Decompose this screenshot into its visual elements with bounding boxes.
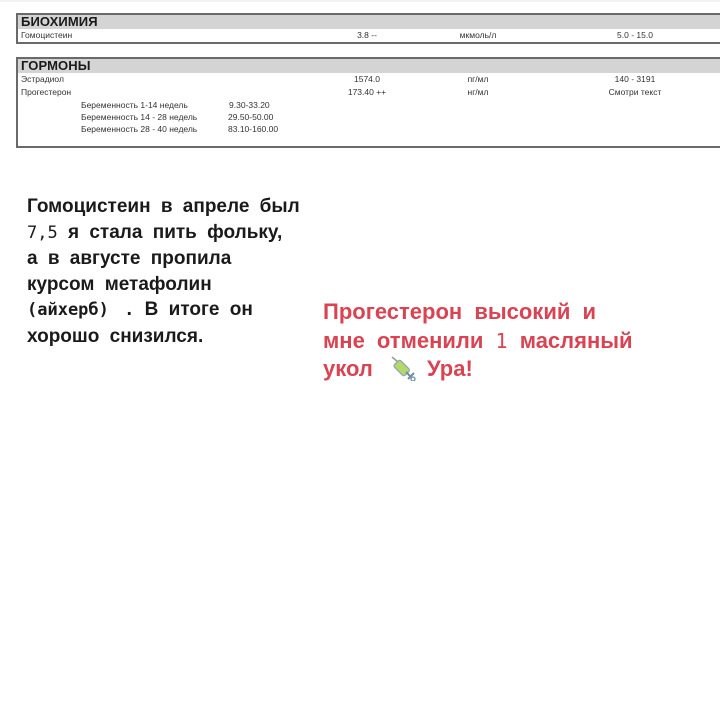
- comment-progesterone: Прогестерон высокий и мне отменили 1 мас…: [323, 298, 713, 384]
- comment-line: 7,5 я стала пить фольку,: [27, 220, 337, 247]
- note-range: 83.10-160.00: [228, 123, 278, 135]
- test-name: Гомоцистеин: [21, 29, 72, 42]
- comment-text: Ура!: [427, 356, 473, 381]
- test-unit: мкмоль/л: [448, 29, 508, 42]
- syringe-icon: [389, 355, 419, 381]
- comment-text: укол: [323, 356, 373, 381]
- section-title: БИОХИМИЯ: [18, 15, 720, 29]
- comment-text: масляный: [520, 328, 633, 353]
- comment-text: я стала пить фольку,: [68, 222, 282, 243]
- note-label: Беременность 28 - 40 недель: [81, 123, 197, 135]
- test-reference: 5.0 - 15.0: [590, 29, 680, 42]
- number-text: 7,5: [27, 223, 58, 243]
- lab-section-hormones: ГОРМОНЫ Эстрадиол 1574.0 пг/мл 140 - 319…: [16, 57, 720, 148]
- comment-line: мне отменили 1 масляный: [323, 327, 713, 356]
- table-row: Эстрадиол 1574.0 пг/мл 140 - 3191: [18, 73, 720, 86]
- test-unit: нг/мл: [448, 86, 508, 99]
- comment-line: укол Ура!: [323, 355, 713, 384]
- test-name: Прогестерон: [21, 86, 71, 99]
- comment-line: а в августе пропила: [27, 246, 337, 272]
- note-label: Беременность 1-14 недель: [81, 99, 188, 111]
- comment-line: хорошо снизился.: [27, 324, 337, 350]
- table-row: Гомоцистеин 3.8 -- мкмоль/л 5.0 - 15.0: [18, 29, 720, 42]
- section-title: ГОРМОНЫ: [18, 59, 720, 73]
- test-name: Эстрадиол: [21, 73, 64, 86]
- paren-text: (айхерб) .: [27, 300, 134, 320]
- note-range: 29.50-50.00: [228, 111, 273, 123]
- note-label: Беременность 14 - 28 недель: [81, 111, 197, 123]
- reference-note: Беременность 1-14 недель 9.30-33.20: [18, 99, 720, 111]
- reference-note: Беременность 28 - 40 недель 83.10-160.00: [18, 123, 720, 135]
- comment-line: Прогестерон высокий и: [323, 298, 713, 327]
- test-unit: пг/мл: [448, 73, 508, 86]
- lab-section-biochemistry: БИОХИМИЯ Гомоцистеин 3.8 -- мкмоль/л 5.0…: [16, 13, 720, 44]
- test-reference: 140 - 3191: [590, 73, 680, 86]
- table-row: Прогестерон 173.40 ++ нг/мл Смотри текст: [18, 86, 720, 99]
- test-value: 1574.0: [342, 73, 392, 86]
- top-divider: [0, 0, 720, 2]
- comment-homocysteine: Гомоцистеин в апреле был 7,5 я стала пит…: [27, 194, 337, 349]
- comment-line: Гомоцистеин в апреле был: [27, 194, 337, 220]
- comment-text: В итоге он: [145, 299, 253, 320]
- test-value: 173.40 ++: [342, 86, 392, 99]
- number-text: 1: [496, 329, 508, 353]
- test-reference: Смотри текст: [590, 86, 680, 99]
- comment-line: (айхерб) . В итоге он: [27, 297, 337, 324]
- comment-text: мне отменили: [323, 328, 483, 353]
- note-range: 9.30-33.20: [229, 99, 270, 111]
- comment-line: курсом метафолин: [27, 272, 337, 298]
- test-value: 3.8 --: [342, 29, 392, 42]
- reference-note: Беременность 14 - 28 недель 29.50-50.00: [18, 111, 720, 123]
